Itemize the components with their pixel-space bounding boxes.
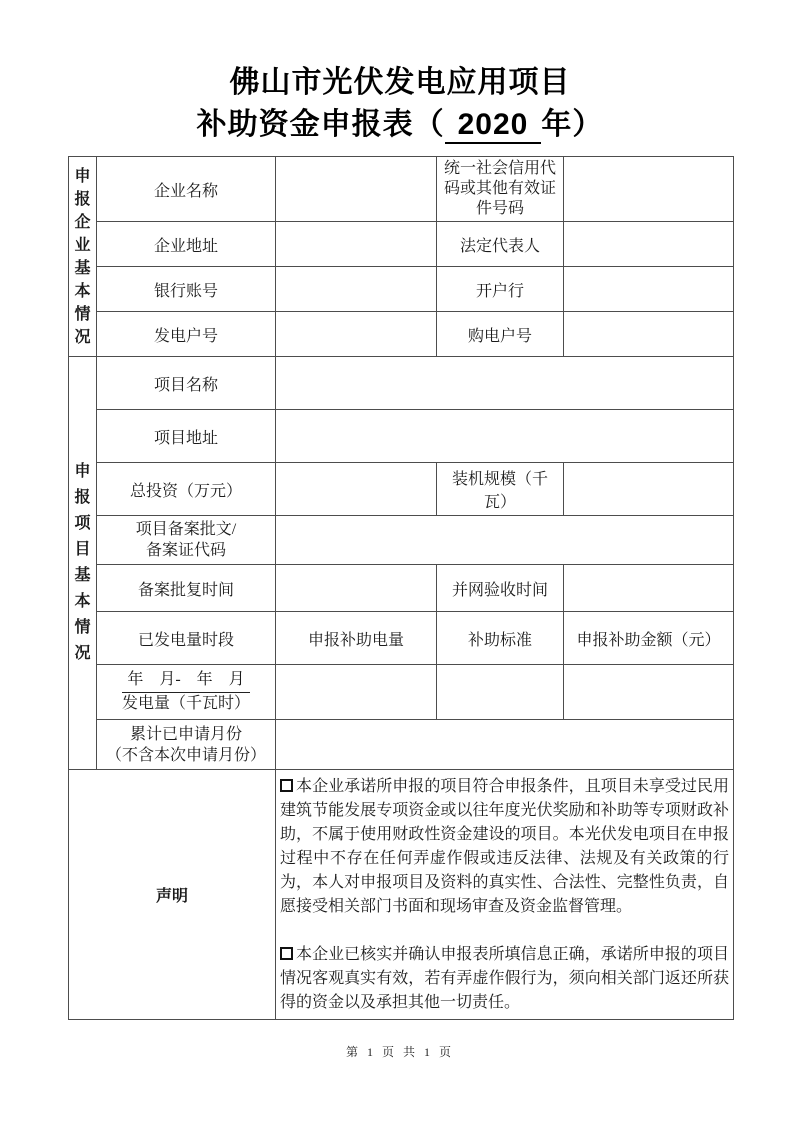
label-grid-acceptance-time: 并网验收时间 — [437, 565, 564, 612]
label-applied-months-line2: （不含本次申请月份） — [101, 745, 271, 766]
input-cell-grid-acceptance-time[interactable] — [564, 565, 734, 612]
input-cell-bank-account[interactable] — [276, 267, 437, 312]
form-title-line2: 补助资金申报表（2020年） — [0, 104, 800, 146]
declaration-paragraph-2: 本企业已核实并确认申报表所填信息正确，承诺所申报的项目情况客观真实有效，若有弄虚… — [280, 943, 729, 1015]
section-header-enterprise: 申报企业基本情况 — [69, 157, 97, 357]
column-header-subsidy-standard: 补助标准 — [437, 612, 564, 665]
label-project-address: 项目地址 — [97, 410, 276, 463]
label-filing-document-line1: 项目备案批文/ — [101, 519, 271, 540]
declaration-text-2: 本企业已核实并确认申报表所填信息正确，承诺所申报的项目情况客观真实有效，若有弄虚… — [280, 946, 729, 1011]
label-filing-document-line2: 备案证代码 — [101, 540, 271, 561]
column-header-generated-period: 已发电量时段 — [97, 612, 276, 665]
input-cell-installed-capacity[interactable] — [564, 463, 734, 516]
label-generation-kwh: 发电量（千瓦时） — [101, 693, 271, 715]
label-project-name: 项目名称 — [97, 357, 276, 410]
declaration-text-1: 本企业承诺所申报的项目符合申报条件，且项目未享受过民用建筑节能发展专项资金或以往… — [280, 778, 729, 915]
label-applied-months: 累计已申请月份 （不含本次申请月份） — [97, 720, 276, 770]
checkbox-icon[interactable] — [280, 779, 293, 792]
label-bank-account: 银行账号 — [97, 267, 276, 312]
column-header-declared-subsidy-power: 申报补助电量 — [276, 612, 437, 665]
label-bank-branch: 开户行 — [437, 267, 564, 312]
application-form-table: 申报企业基本情况 企业名称 统一社会信用代码或其他有效证件号码 企业地址 法定代… — [68, 156, 734, 1020]
declaration-content-cell: 本企业承诺所申报的项目符合申报条件，且项目未享受过民用建筑节能发展专项资金或以往… — [276, 770, 734, 1020]
declaration-paragraph-1: 本企业承诺所申报的项目符合申报条件，且项目未享受过民用建筑节能发展专项资金或以往… — [280, 775, 729, 919]
form-page: 佛山市光伏发电应用项目 补助资金申报表（2020年） 申报企业基本情况 企业名称… — [0, 0, 800, 1131]
input-cell-declared-subsidy-power[interactable] — [276, 665, 437, 720]
label-legal-representative: 法定代表人 — [437, 222, 564, 267]
input-cell-project-name[interactable] — [276, 357, 734, 410]
generation-period-blank-line[interactable]: 年 月- 年 月 — [122, 669, 249, 693]
label-applied-months-line1: 累计已申请月份 — [101, 724, 271, 745]
title-line2-suffix: 年） — [541, 108, 603, 141]
input-cell-filing-approval-time[interactable] — [276, 565, 437, 612]
input-cell-total-investment[interactable] — [276, 463, 437, 516]
input-cell-subsidy-standard[interactable] — [437, 665, 564, 720]
form-title-line1: 佛山市光伏发电应用项目 — [0, 62, 800, 104]
title-year-underlined: 2020 — [445, 108, 542, 144]
input-cell-project-address[interactable] — [276, 410, 734, 463]
section-header-declaration: 声明 — [69, 770, 276, 1020]
section-header-project: 申报项目基本情况 — [69, 357, 97, 770]
title-line2-prefix: 补助资金申报表（ — [197, 108, 445, 141]
column-header-subsidy-amount: 申报补助金额（元） — [564, 612, 734, 665]
input-cell-enterprise-address[interactable] — [276, 222, 437, 267]
input-cell-enterprise-name[interactable] — [276, 157, 437, 222]
label-purchase-account: 购电户号 — [437, 312, 564, 357]
page-footer: 第 1 页 共 1 页 — [0, 1043, 800, 1060]
checkbox-icon[interactable] — [280, 947, 293, 960]
input-cell-credit-code[interactable] — [564, 157, 734, 222]
input-cell-generation-account[interactable] — [276, 312, 437, 357]
input-cell-legal-representative[interactable] — [564, 222, 734, 267]
label-generation-period: 年 月- 年 月 发电量（千瓦时） — [97, 665, 276, 720]
input-cell-applied-months[interactable] — [276, 720, 734, 770]
input-cell-subsidy-amount[interactable] — [564, 665, 734, 720]
form-title: 佛山市光伏发电应用项目 补助资金申报表（2020年） — [0, 62, 800, 146]
label-enterprise-address: 企业地址 — [97, 222, 276, 267]
label-total-investment: 总投资（万元） — [97, 463, 276, 516]
label-filing-document: 项目备案批文/ 备案证代码 — [97, 516, 276, 565]
input-cell-bank-branch[interactable] — [564, 267, 734, 312]
label-enterprise-name: 企业名称 — [97, 157, 276, 222]
input-cell-filing-document[interactable] — [276, 516, 734, 565]
input-cell-purchase-account[interactable] — [564, 312, 734, 357]
label-credit-code: 统一社会信用代码或其他有效证件号码 — [437, 157, 564, 222]
label-filing-approval-time: 备案批复时间 — [97, 565, 276, 612]
label-installed-capacity: 装机规模（千瓦） — [437, 463, 564, 516]
label-generation-account: 发电户号 — [97, 312, 276, 357]
